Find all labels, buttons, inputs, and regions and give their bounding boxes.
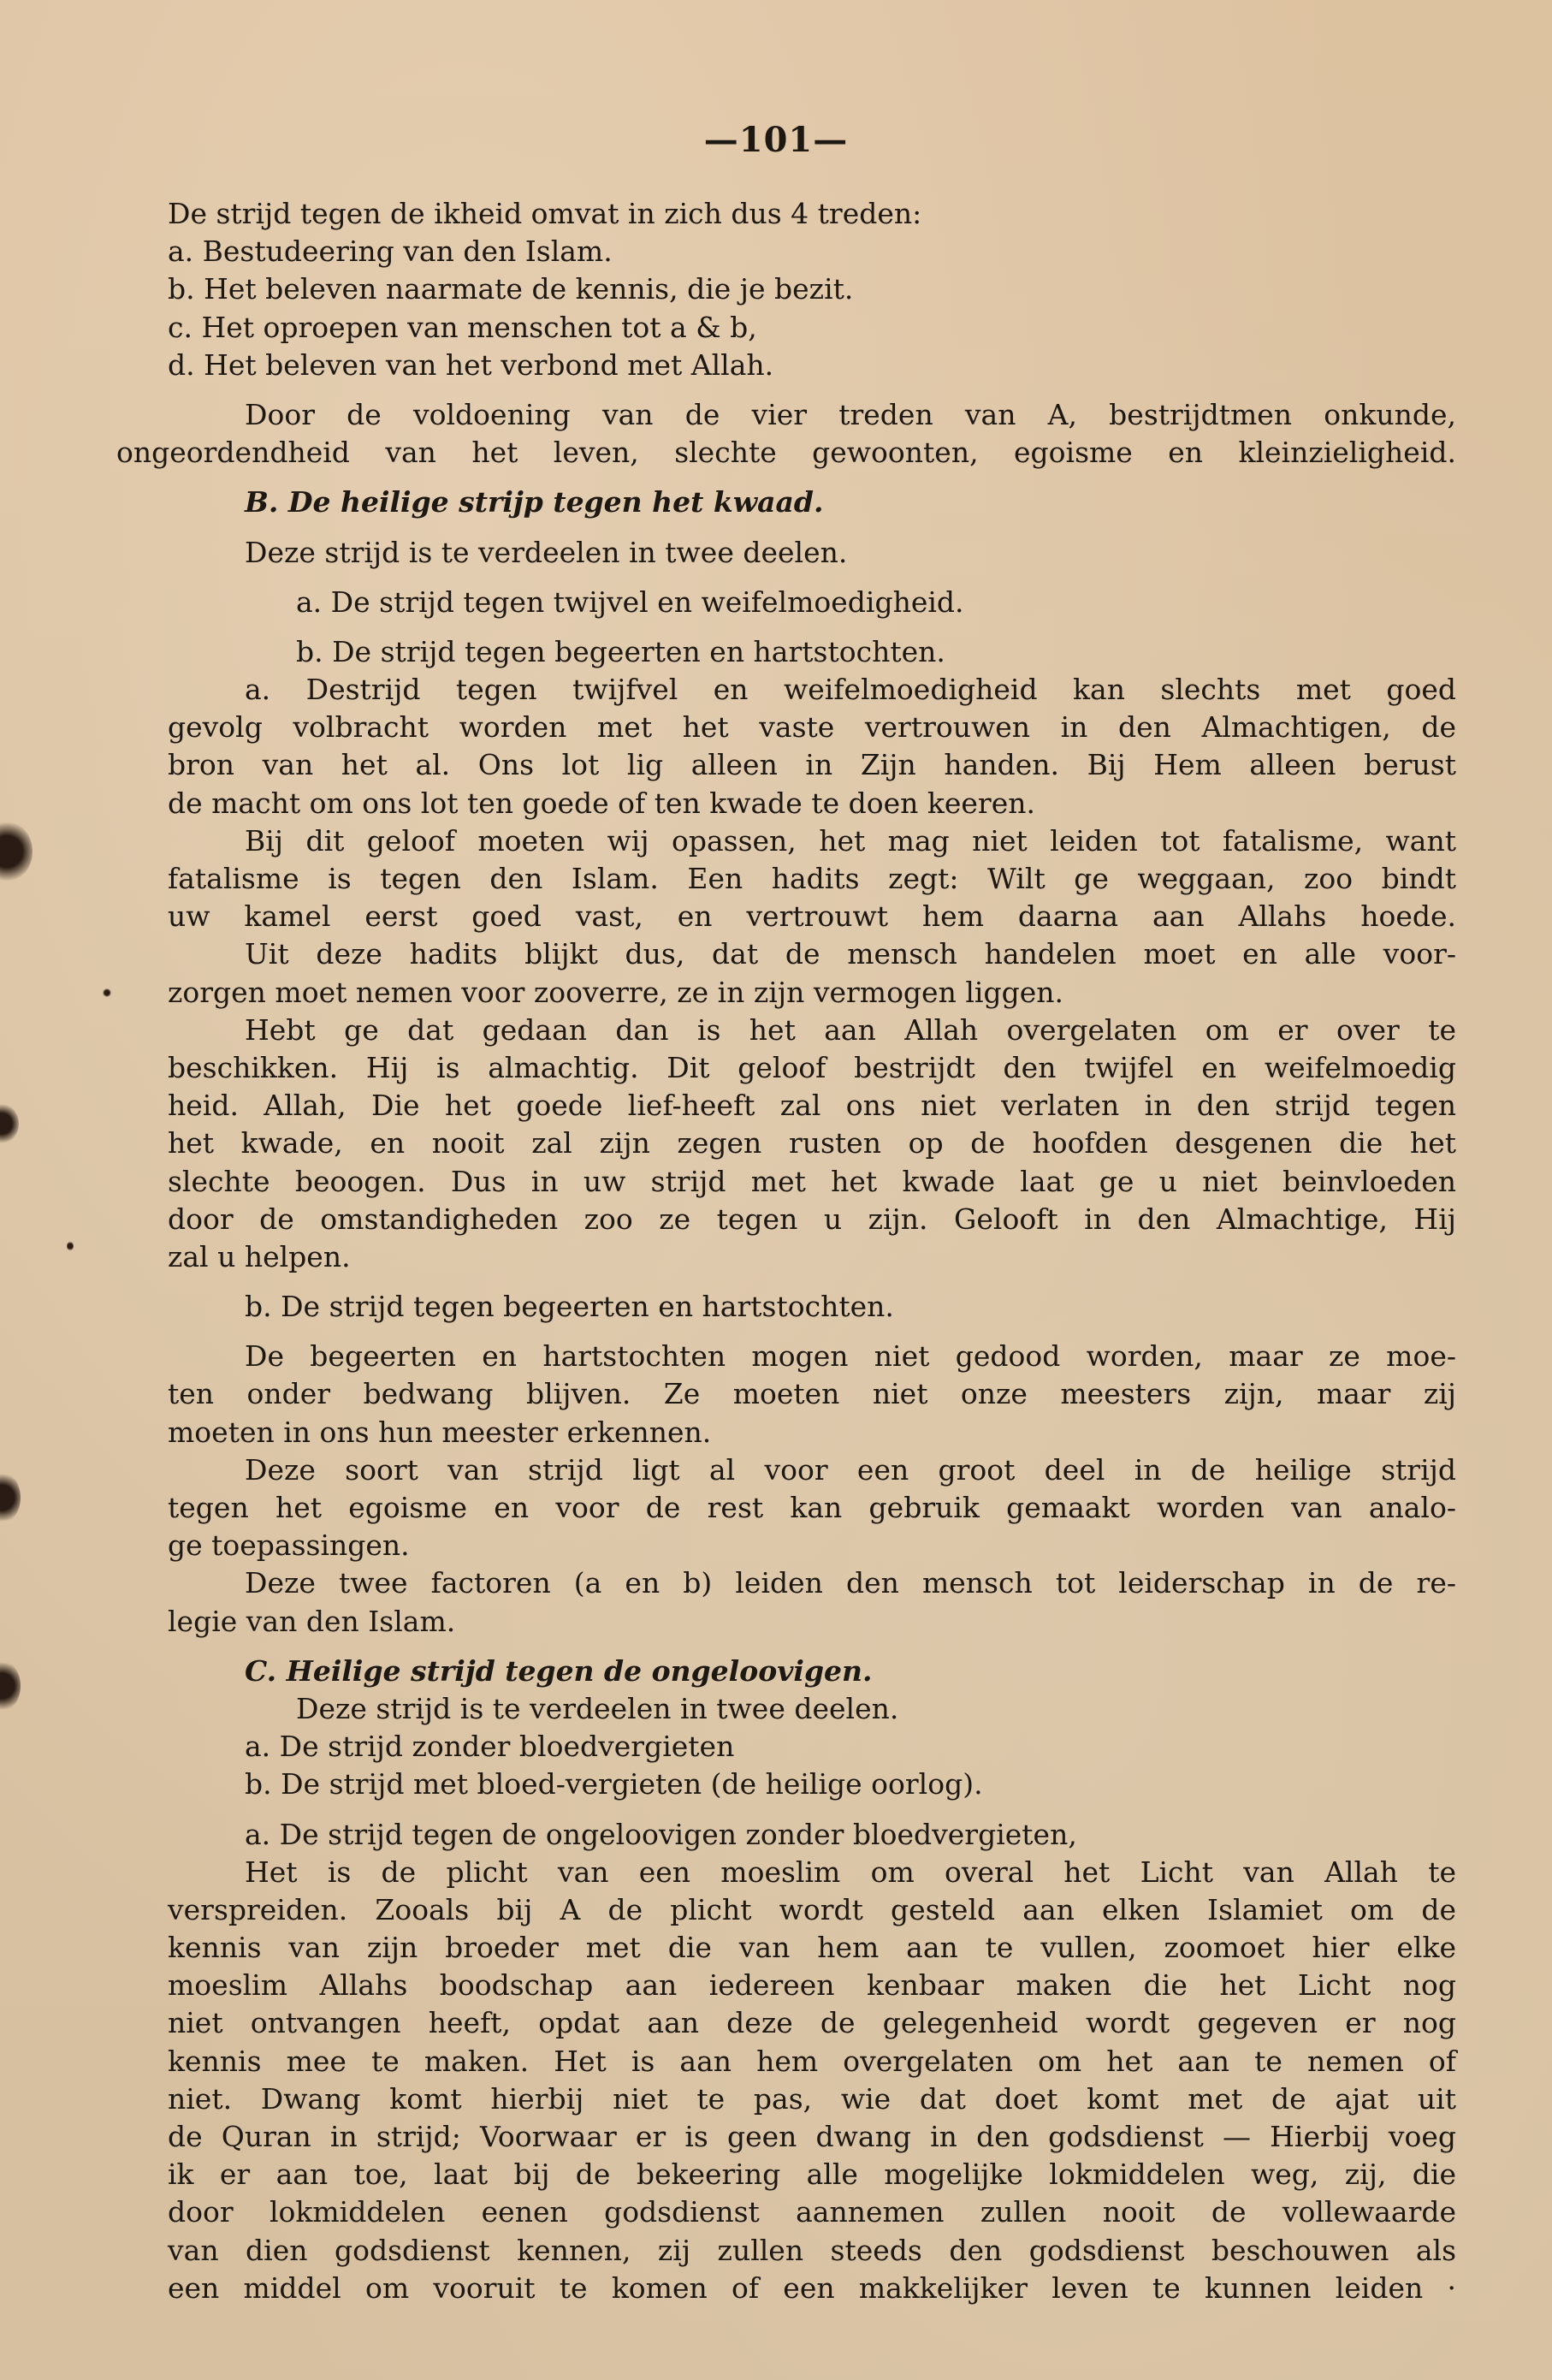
paragraph-line: niet ontvangen heeft, opdat aan deze de … xyxy=(168,2004,1456,2042)
paragraph-line: ge toepassingen. xyxy=(168,1527,1456,1564)
intro-lead: De strijd tegen de ikheid omvat in zich … xyxy=(168,195,1456,233)
paragraph-line: niet. Dwang komt hierbij niet te pas, wi… xyxy=(168,2080,1456,2118)
section-b-intro: Deze strijd is te verdeelen in twee deel… xyxy=(168,534,1456,572)
paragraph-line: kennis mee te maken. Het is aan hem over… xyxy=(168,2043,1456,2080)
paragraph-line: bron van het al. Ons lot lig alleen in Z… xyxy=(168,746,1456,784)
section-c-item: b. De strijd met bloed-vergieten (de hei… xyxy=(168,1766,1456,1803)
binding-hole-mark xyxy=(0,1104,19,1143)
page-number: —101— xyxy=(0,120,1552,160)
intro-item: d. Het beleven van het verbond met Allah… xyxy=(168,347,1456,384)
paragraph-line: uw kamel eerst goed vast, en vertrouwt h… xyxy=(168,898,1456,935)
paragraph-line: ongeordendheid van het leven, slechte ge… xyxy=(116,434,1456,472)
paragraph-line: de Quran in strijd; Voorwaar er is geen … xyxy=(168,2118,1456,2156)
binding-hole-mark xyxy=(0,1472,21,1523)
paragraph-line: een middel om vooruit te komen of een ma… xyxy=(168,2270,1456,2307)
paragraph-line: a. Destrijd tegen twijfvel en weifelmoed… xyxy=(168,671,1456,709)
scanned-page: —101— De strijd tegen de ikheid omvat in… xyxy=(0,0,1552,2380)
section-c-intro: Deze strijd is te verdeelen in twee deel… xyxy=(168,1690,1456,1728)
paragraph-line: ten onder bedwang blijven. Ze moeten nie… xyxy=(168,1375,1456,1413)
paragraph-line: het kwade, en nooit zal zijn zegen ruste… xyxy=(168,1125,1456,1162)
paragraph-line: moeten in ons hun meester erkennen. xyxy=(168,1414,1456,1451)
ink-speck xyxy=(67,1241,74,1251)
paragraph-line: Hebt ge dat gedaan dan is het aan Allah … xyxy=(168,1012,1456,1049)
body-text: De strijd tegen de ikheid omvat in zich … xyxy=(168,195,1456,2307)
paragraph-line: beschikken. Hij is almachtig. Dit geloof… xyxy=(168,1049,1456,1087)
section-c-item: a. De strijd zonder bloedvergieten xyxy=(168,1728,1456,1766)
paragraph-line: Bij dit geloof moeten wij opassen, het m… xyxy=(168,822,1456,860)
paragraph-line: zal u helpen. xyxy=(168,1238,1456,1276)
paragraph-line: fatalisme is tegen den Islam. Een hadits… xyxy=(168,860,1456,898)
paragraph-line: kennis van zijn broeder met die van hem … xyxy=(168,1929,1456,1967)
intro-item: c. Het oproepen van menschen tot a & b, xyxy=(168,309,1456,347)
paragraph-line: door de omstandigheden zoo ze tegen u zi… xyxy=(168,1201,1456,1238)
paragraph-line: gevolg volbracht worden met het vaste ve… xyxy=(168,709,1456,746)
section-b-item: a. De strijd tegen twijvel en weifelmoed… xyxy=(168,584,1456,621)
binding-hole-mark xyxy=(0,822,33,881)
paragraph-line: De begeerten en hartstochten mogen niet … xyxy=(168,1338,1456,1375)
ink-speck xyxy=(103,988,111,997)
paragraph-line: heid. Allah, Die het goede lief-heeft za… xyxy=(168,1087,1456,1125)
paragraph-line: de macht om ons lot ten goede of ten kwa… xyxy=(168,785,1456,822)
section-b-item: b. De strijd tegen begeerten en hartstoc… xyxy=(168,633,1456,671)
paragraph-line: Door de voldoening van de vier treden va… xyxy=(168,396,1456,434)
sub-a-heading: a. De strijd tegen de ongeloovigen zonde… xyxy=(168,1816,1456,1854)
paragraph-line: zorgen moet nemen voor zooverre, ze in z… xyxy=(168,974,1456,1012)
paragraph-line: verspreiden. Zooals bij A de plicht word… xyxy=(168,1891,1456,1929)
binding-hole-mark xyxy=(0,1660,21,1712)
paragraph-line: Deze twee factoren (a en b) leiden den m… xyxy=(168,1564,1456,1602)
section-c-heading: C. Heilige strijd tegen de ongeloovigen. xyxy=(168,1653,1456,1690)
paragraph-line: Het is de plicht van een moeslim om over… xyxy=(168,1854,1456,1891)
section-b-heading: B. De heilige strijp tegen het kwaad. xyxy=(168,484,1456,521)
intro-item: b. Het beleven naarmate de kennis, die j… xyxy=(168,270,1456,308)
paragraph-line: van dien godsdienst kennen, zij zullen s… xyxy=(168,2232,1456,2270)
paragraph-line: moeslim Allahs boodschap aan iedereen ke… xyxy=(168,1967,1456,2004)
paragraph-line: tegen het egoisme en voor de rest kan ge… xyxy=(168,1489,1456,1527)
paragraph-line: ik er aan toe, laat bij de bekeering all… xyxy=(168,2156,1456,2193)
paragraph-line: Deze soort van strijd ligt al voor een g… xyxy=(168,1451,1456,1489)
sub-b-heading: b. De strijd tegen begeerten en hartstoc… xyxy=(168,1288,1456,1326)
paragraph-line: Uit deze hadits blijkt dus, dat de mensc… xyxy=(168,935,1456,973)
paragraph-line: door lokmiddelen eenen godsdienst aannem… xyxy=(168,2193,1456,2231)
intro-item: a. Bestudeering van den Islam. xyxy=(168,233,1456,270)
paragraph-line: legie van den Islam. xyxy=(168,1603,1456,1641)
paragraph-line: slechte beoogen. Dus in uw strijd met he… xyxy=(168,1163,1456,1201)
